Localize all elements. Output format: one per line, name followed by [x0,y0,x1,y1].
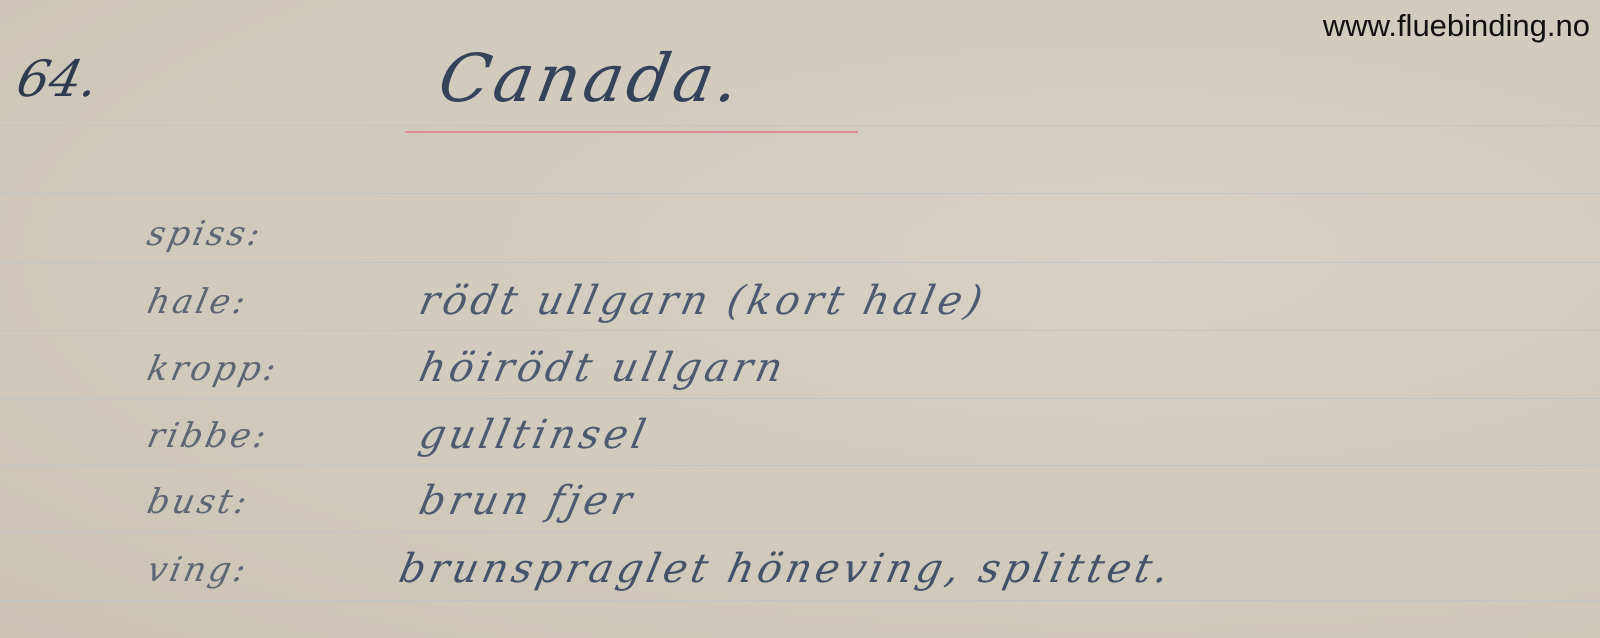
ruled-line [0,398,1600,399]
recipe-row-ving: ving: brunspraglet höneving, splittet. [0,538,1600,598]
fly-pattern-title: Canada. [433,40,749,117]
ruled-line [0,125,1600,126]
recipe-row-kropp: kropp: höirödt ullgarn [0,337,1600,397]
recipe-label: ving: [144,550,253,590]
recipe-row-bust: bust: brun fjer [0,470,1600,530]
recipe-row-ribbe: ribbe: gulltinsel [0,404,1600,464]
website-watermark: www.fluebinding.no [1323,8,1590,44]
recipe-value: brun fjer [415,478,640,524]
recipe-value: höirödt ullgarn [415,345,791,391]
ruled-line [0,330,1600,331]
recipe-label: kropp: [144,349,283,389]
recipe-label: spiss: [144,214,267,254]
ruled-line [0,600,1600,601]
ruled-line [0,262,1600,263]
notebook-page: www.fluebinding.no 64. Canada. spiss: ha… [0,0,1600,638]
recipe-value: gulltinsel [415,412,653,458]
title-red-underline [405,131,858,133]
entry-number: 64. [12,50,104,108]
recipe-label: bust: [144,482,254,522]
recipe-label: hale: [144,282,252,322]
recipe-row-hale: hale: rödt ullgarn (kort hale) [0,270,1600,330]
ruled-line [0,465,1600,466]
recipe-value: rödt ullgarn (kort hale) [415,278,990,324]
recipe-row-spiss: spiss: [0,202,1600,262]
recipe-label: ribbe: [144,416,273,456]
recipe-value: brunspraglet höneving, splittet. [395,546,1177,592]
ruled-line [0,193,1600,194]
ruled-line [0,532,1600,533]
